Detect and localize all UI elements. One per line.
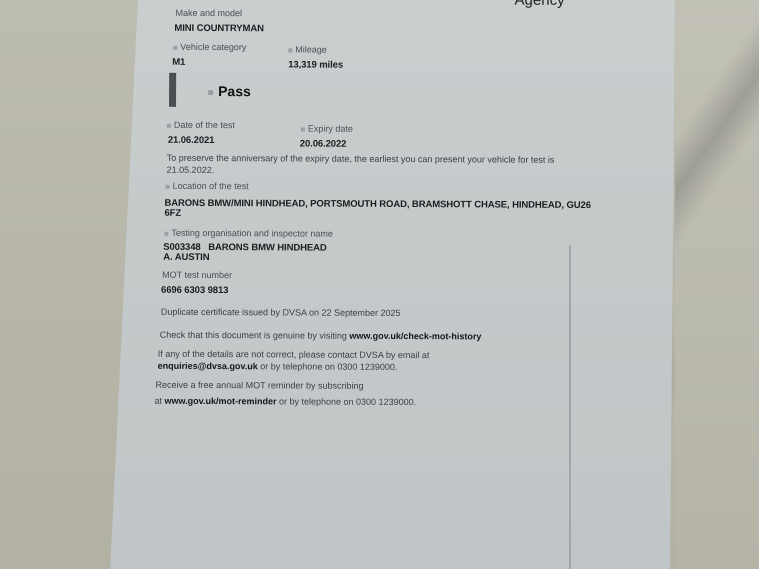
contact-note-line1: If any of the details are not correct, p…: [158, 349, 430, 360]
inspector-name: A. AUSTIN: [163, 252, 209, 263]
reminder-note-line1: Receive a free annual MOT reminder by su…: [156, 380, 364, 391]
location-line1: BARONS BMW/MINI HINDHEAD, PORTSMOUTH ROA…: [164, 198, 590, 211]
organisation-label-text: Testing organisation and inspector name: [171, 228, 333, 239]
check-mot-history-link[interactable]: www.gov.uk/check-mot-history: [349, 331, 481, 342]
location-line2: 6FZ: [164, 208, 181, 219]
expiry-date-value: 20.06.2022: [300, 138, 347, 149]
agency-heading-partial: Agency: [515, 0, 565, 9]
test-date-label-text: Date of the test: [174, 120, 235, 130]
duplicate-note: Duplicate certificate issued by DVSA on …: [161, 307, 401, 318]
genuine-check-text: Check that this document is genuine by v…: [160, 330, 350, 341]
certificate-content: Agency Make and model MINI COUNTRYMAN Ve…: [0, 0, 759, 569]
label-marker-icon: [301, 127, 305, 131]
vehicle-category-label-text: Vehicle category: [180, 42, 246, 52]
anniversary-note-line1: To preserve the anniversary of the expir…: [167, 153, 555, 165]
vehicle-category-value: M1: [172, 57, 185, 68]
label-marker-icon: [164, 231, 168, 235]
mot-reminder-link[interactable]: www.gov.uk/mot-reminder: [164, 396, 276, 407]
make-model-value: MINI COUNTRYMAN: [174, 23, 264, 34]
location-label: Location of the test: [166, 181, 249, 191]
contact-note-line2: enquiries@dvsa.gov.uk or by telephone on…: [158, 361, 398, 372]
mot-number-value: 6696 6303 9813: [161, 285, 228, 296]
reminder-prefix-text: at: [154, 396, 164, 406]
location-label-text: Location of the test: [173, 181, 249, 191]
genuine-check-note: Check that this document is genuine by v…: [160, 330, 482, 342]
expiry-date-label: Expiry date: [301, 123, 353, 133]
result-status-text: Pass: [218, 83, 251, 99]
mileage-label-text: Mileage: [295, 44, 327, 54]
test-date-label: Date of the test: [167, 120, 235, 130]
anniversary-note-line2: 21.05.2022.: [167, 165, 215, 175]
result-indicator-bar: [169, 73, 176, 107]
make-model-label: Make and model: [175, 8, 242, 18]
test-date-value: 21.06.2021: [168, 135, 215, 146]
contact-phone-text: or by telephone on 0300 1239000.: [258, 361, 398, 372]
dvsa-email-link[interactable]: enquiries@dvsa.gov.uk: [158, 361, 258, 372]
label-marker-icon: [208, 90, 213, 95]
organisation-label: Testing organisation and inspector name: [164, 228, 333, 239]
label-marker-icon: [288, 48, 292, 52]
mot-number-label: MOT test number: [162, 270, 232, 280]
mileage-label: Mileage: [288, 44, 327, 54]
expiry-date-label-text: Expiry date: [308, 124, 353, 134]
mileage-value: 13,319 miles: [288, 59, 343, 70]
label-marker-icon: [173, 45, 177, 49]
label-marker-icon: [167, 123, 171, 127]
label-marker-icon: [166, 184, 170, 188]
reminder-phone-text: or by telephone on 0300 1239000.: [276, 396, 416, 407]
result-status: Pass: [208, 83, 251, 99]
vehicle-category-label: Vehicle category: [173, 42, 246, 52]
reminder-note-line2: at www.gov.uk/mot-reminder or by telepho…: [154, 396, 416, 407]
